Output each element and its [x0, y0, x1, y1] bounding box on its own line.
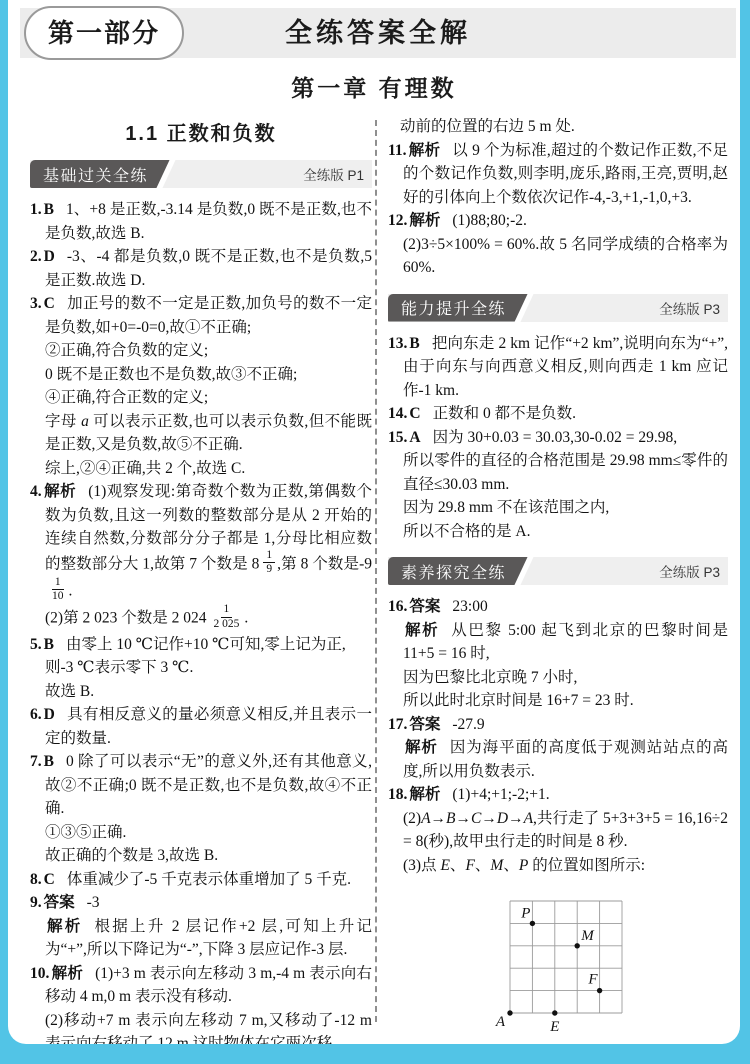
text-run: 1、+8 是正数,-3.14 是负数,0 既不是正数,也不是负数,故选 B.	[45, 201, 372, 242]
text-run: -3、-4 都是负数,0 既不是正数,也不是负数,5 是正数.故选 D.	[45, 248, 372, 289]
text-run: →	[456, 810, 472, 827]
text-run: (2)3÷5×100% = 60%.故 5 名同学成绩的合格率为 60%.	[403, 236, 728, 277]
answer-letter: C	[44, 295, 55, 312]
text-run: 所以零件的直径的合格范围是 29.98 mm≤零件的直径≤30.03 mm.	[403, 452, 728, 493]
answer-type-label: 解析	[409, 212, 440, 229]
text-run: ①③⑤正确.	[45, 824, 126, 841]
text-run: 、	[450, 857, 466, 874]
section-tag-label: 能力提升全练	[388, 294, 530, 322]
text-run: .	[69, 582, 73, 599]
text-run: (1)+3 m 表示向左移动 3 m,-4 m 表示向右移动 4 m,0 m 表…	[45, 965, 372, 1006]
text-run: (3)点	[403, 857, 440, 874]
answer-type-label: 解析	[51, 965, 83, 982]
point-label-M: M	[580, 928, 595, 944]
text-run: -3	[87, 894, 100, 911]
answer-item-1: 1.B1、+8 是正数,-3.14 是负数,0 既不是正数,也不是负数,故选 B…	[30, 198, 372, 245]
fraction: 19	[263, 549, 275, 576]
answer-item-4: 4.解析(1)观察发现:第奇数个数为正数,第偶数个数为负数,且这一列数的整数部分…	[30, 480, 372, 633]
text-run: 正数和 0 都不是负数.	[433, 405, 576, 422]
answer-letter: B	[44, 636, 54, 653]
point-label-E: E	[549, 1019, 559, 1035]
point-dot-E	[552, 1010, 557, 1015]
left-column: 1.1 正数和负数基础过关全练全练版 P11.B1、+8 是正数,-3.14 是…	[30, 115, 372, 1044]
answer-item-14: 14.C正数和 0 都不是负数.	[388, 402, 728, 426]
text-run: 综上,②④正确,共 2 个,故选 C.	[45, 460, 245, 477]
fraction-numerator: 1	[263, 549, 275, 563]
text-run: 、	[503, 857, 519, 874]
answer-item-16: 16.答案23:00解析从巴黎 5:00 起飞到北京的巴黎时间是 11+5 = …	[388, 595, 728, 713]
answer-item-5: 5.B由零上 10 ℃记作+10 ℃可知,零上记为正,则-3 ℃表示零下 3 ℃…	[30, 633, 372, 704]
item-number: 8.	[30, 871, 42, 888]
answer-item-9: 9.答案-3解析根据上升 2 层记作+2 层,可知上升记为“+”,所以下降记为“…	[30, 891, 372, 962]
fraction: 110	[49, 576, 67, 603]
answer-item-8: 8.C体重减少了-5 千克表示体重增加了 5 千克.	[30, 868, 372, 892]
text-run: -27.9	[452, 716, 484, 733]
fraction-denominator: 2 025	[210, 618, 242, 631]
answer-item-18: 18.解析(1)+4;+1;-2;+1.(2)A→B→C→D→A,共行走了 5+…	[388, 783, 728, 877]
item-number: 9.	[30, 894, 42, 911]
text-run: 可以表示正数,也可以表示负数,但不能既是正数,又是负数,故⑤不正确.	[45, 413, 372, 454]
text-run: 因为海平面的高度低于观测站站点的高度,所以用负数表示.	[403, 739, 728, 780]
point-label-P: P	[520, 905, 530, 921]
item-number: 6.	[30, 706, 42, 723]
italic-var: F	[465, 857, 474, 874]
italic-var: B	[446, 810, 455, 827]
text-run: 加正号的数不一定是正数,加负号的数不一定是负数,如+0=-0=0,故①不正确;	[45, 295, 372, 336]
text-run: ,第 8 个数是-9	[277, 555, 372, 572]
answer-item-10: 10.解析(1)+3 m 表示向左移动 3 m,-4 m 表示向右移动 4 m,…	[30, 962, 372, 1044]
answer-item-13: 13.B把向东走 2 km 记作“+2 km”,说明向东为“+”,由于向东与向西…	[388, 332, 728, 403]
item-number: 11.	[388, 142, 407, 159]
answer-letter: A	[409, 429, 420, 446]
right-column: 动前的位置的右边 5 m 处.11.解析以 9 个为标准,超过的个数记作正数,不…	[388, 115, 728, 1044]
chapter-title: 第一章 有理数	[8, 70, 740, 103]
point-label-F: F	[587, 972, 598, 988]
section-title: 1.1 正数和负数	[30, 117, 372, 146]
text-run: (2)	[403, 810, 421, 827]
answer-type-label: 解析	[409, 142, 441, 159]
item-number: 7.	[30, 753, 42, 770]
point-dot-F	[597, 988, 602, 993]
item-number: 12.	[388, 212, 407, 229]
text-run: 根据上升 2 层记作+2 层,可知上升记为“+”,所以下降记为“-”,下降 3 …	[45, 918, 372, 959]
point-dot-M	[575, 943, 580, 948]
text-run: 则-3 ℃表示零下 3 ℃.	[45, 659, 193, 676]
text-run: .	[244, 610, 248, 627]
answer-item-17: 17.答案-27.9解析因为海平面的高度低于观测站站点的高度,所以用负数表示.	[388, 713, 728, 784]
text-run: →	[481, 810, 497, 827]
item-number: 10.	[30, 965, 49, 982]
answer-letter: B	[409, 335, 419, 352]
text-run: 字母	[45, 413, 81, 430]
answer-item-12: 12.解析(1)88;80;-2.(2)3÷5×100% = 60%.故 5 名…	[388, 209, 728, 280]
item-number: 1.	[30, 201, 42, 218]
item-number: 16.	[388, 598, 407, 615]
tag-page-ref: 全练版 P1	[303, 164, 372, 184]
part-badge: 第一部分	[24, 6, 184, 60]
text-run: 故正确的个数是 3,故选 B.	[45, 847, 218, 864]
text-run: ②正确,符合负数的定义;	[45, 342, 208, 359]
text-run: 的位置如图所示:	[528, 857, 645, 874]
tag-page-ref: 全练版 P3	[659, 298, 728, 318]
bold-label: 解析	[405, 739, 438, 756]
text-run: 以 9 个为标准,超过的个数记作正数,不足的个数记作负数,则李明,庞乐,路雨,王…	[403, 142, 728, 206]
section-tag-banner: 基础过关全练全练版 P1	[30, 160, 372, 188]
answer-item-11: 11.解析以 9 个为标准,超过的个数记作正数,不足的个数记作负数,则李明,庞乐…	[388, 139, 728, 210]
answer-letter: C	[409, 405, 420, 422]
fraction-denominator: 10	[49, 590, 67, 603]
text-run: 0 除了可以表示“无”的意义外,还有其他意义,故②不正确;0 既不是正数,也不是…	[45, 753, 372, 817]
answer-type-label: 答案	[409, 716, 440, 733]
italic-var: a	[81, 413, 89, 430]
fraction: 12 025	[210, 603, 242, 630]
item-number: 13.	[388, 335, 407, 352]
answer-type-label: 解析	[44, 483, 77, 500]
text-run: 从巴黎 5:00 起飞到北京的巴黎时间是 11+5 = 16 时,	[403, 622, 728, 663]
text-run: 0 既不是正数也不是负数,故③不正确;	[45, 366, 297, 383]
answer-letter: B	[44, 753, 54, 770]
text-run: ④正确,符合正数的定义;	[45, 389, 208, 406]
column-divider	[375, 120, 377, 1022]
fraction-numerator: 1	[52, 576, 64, 590]
answer-letter: D	[44, 248, 55, 265]
text-run: 故选 B.	[45, 683, 94, 700]
paper-area: 全练答案全解 第一部分 第一章 有理数 1.1 正数和负数基础过关全练全练版 P…	[8, 0, 740, 1044]
answer-item-2: 2.D-3、-4 都是负数,0 既不是正数,也不是负数,5 是正数.故选 D.	[30, 245, 372, 292]
text-run: 因为 30+0.03 = 30.03,30-0.02 = 29.98,	[433, 429, 678, 446]
section-tag-label: 素养探究全练	[388, 557, 530, 585]
grid-svg: PMFAE	[480, 883, 656, 1035]
continuation-paragraph: 动前的位置的右边 5 m 处.	[388, 115, 728, 139]
item-number: 15.	[388, 429, 407, 446]
text-run: →	[431, 810, 447, 827]
section-tag-banner: 能力提升全练全练版 P3	[388, 294, 728, 322]
italic-var: D	[497, 810, 508, 827]
answer-item-7: 7.B0 除了可以表示“无”的意义外,还有其他意义,故②不正确;0 既不是正数,…	[30, 750, 372, 868]
answer-item-3: 3.C加正号的数不一定是正数,加负号的数不一定是负数,如+0=-0=0,故①不正…	[30, 292, 372, 480]
item-number: 18.	[388, 786, 407, 803]
fraction-numerator: 1	[221, 603, 233, 617]
text-run: 由零上 10 ℃记作+10 ℃可知,零上记为正,	[66, 636, 346, 653]
italic-var: A	[421, 810, 430, 827]
bold-label: 解析	[405, 622, 439, 639]
answer-letter: B	[44, 201, 54, 218]
answer-type-label: 解析	[409, 786, 440, 803]
fraction-denominator: 9	[263, 563, 275, 576]
point-label-A: A	[495, 1014, 506, 1030]
italic-var: P	[519, 857, 528, 874]
text-run: (1)88;80;-2.	[452, 212, 526, 229]
italic-var: A	[524, 810, 533, 827]
italic-var: M	[490, 857, 503, 874]
text-run: 因为巴黎比北京晚 7 小时,	[403, 669, 577, 686]
answer-type-label: 答案	[409, 598, 440, 615]
text-run: 所以不合格的是 A.	[403, 523, 530, 540]
italic-var: E	[440, 857, 449, 874]
item-number: 4.	[30, 483, 42, 500]
section-tag-banner: 素养探究全练全练版 P3	[388, 557, 728, 585]
text-run: 具有相反意义的量必须意义相反,并且表示一定的数量.	[45, 706, 372, 747]
item-number: 2.	[30, 248, 42, 265]
coordinate-grid-figure: PMFAE	[480, 883, 728, 1040]
text-run: →	[508, 810, 524, 827]
text-run: 23:00	[452, 598, 487, 615]
text-run: 所以此时北京时间是 16+7 = 23 时.	[403, 692, 634, 709]
columns: 1.1 正数和负数基础过关全练全练版 P11.B1、+8 是正数,-3.14 是…	[8, 103, 740, 1044]
answer-letter: C	[44, 871, 55, 888]
book-page: 全练答案全解 第一部分 第一章 有理数 1.1 正数和负数基础过关全练全练版 P…	[0, 0, 750, 1064]
answer-type-label: 答案	[44, 894, 75, 911]
answer-letter: D	[44, 706, 55, 723]
item-number: 17.	[388, 716, 407, 733]
text-run: (2)第 2 023 个数是 2 024	[45, 610, 206, 627]
text-run: (1)+4;+1;-2;+1.	[452, 786, 549, 803]
text-run: 体重减少了-5 千克表示体重增加了 5 千克.	[67, 871, 351, 888]
italic-var: C	[471, 810, 481, 827]
answer-item-15: 15.A因为 30+0.03 = 30.03,30-0.02 = 29.98,所…	[388, 426, 728, 544]
item-number: 5.	[30, 636, 42, 653]
text-run: 动前的位置的右边 5 m 处.	[400, 118, 575, 135]
text-run: 因为 29.8 mm 不在该范围之内,	[403, 499, 609, 516]
item-number: 3.	[30, 295, 42, 312]
item-number: 14.	[388, 405, 407, 422]
point-dot-P	[530, 921, 535, 926]
text-run: 把向东走 2 km 记作“+2 km”,说明向东为“+”,由于向东与向西意义相反…	[403, 335, 728, 399]
section-tag-label: 基础过关全练	[30, 160, 172, 188]
tag-page-ref: 全练版 P3	[659, 561, 728, 581]
text-run: (2)移动+7 m 表示向左移动 7 m,又移动了-12 m 表示向右移动了 1…	[45, 1012, 372, 1044]
text-run: 、	[475, 857, 491, 874]
bold-label: 解析	[47, 918, 83, 935]
point-dot-A	[507, 1010, 512, 1015]
answer-item-6: 6.D具有相反意义的量必须意义相反,并且表示一定的数量.	[30, 703, 372, 750]
